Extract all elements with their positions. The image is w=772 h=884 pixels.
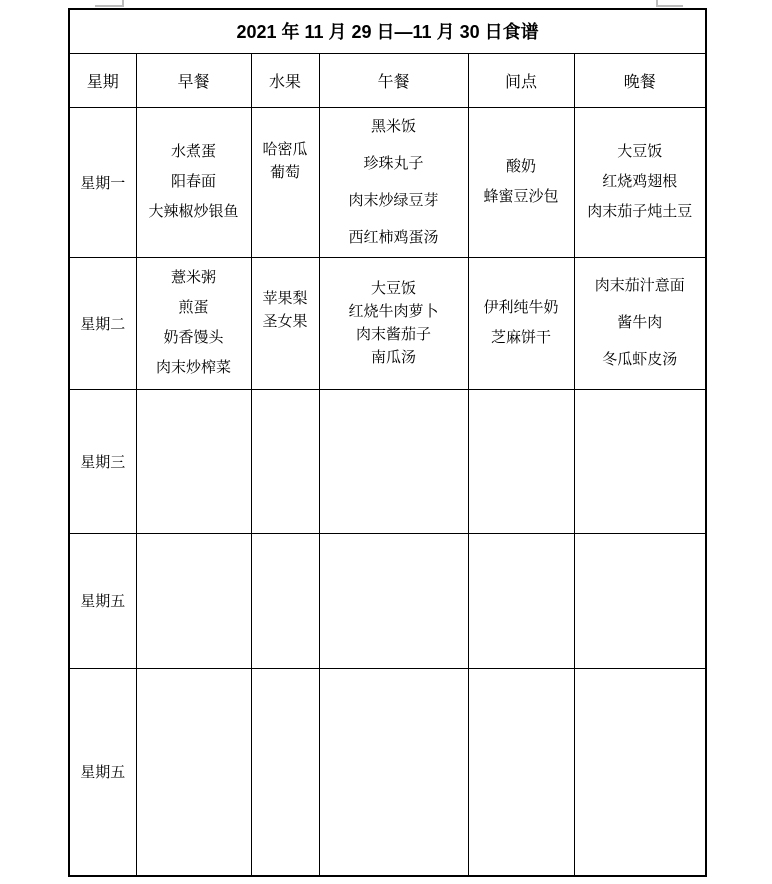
title-row: 2021 年 11 月 29 日—11 月 30 日食谱 xyxy=(69,9,706,53)
dish: 葡萄 xyxy=(270,163,300,183)
dish: 苹果梨 xyxy=(262,289,307,309)
fruit-cell[interactable] xyxy=(251,533,319,668)
dish: 伊利纯牛奶 xyxy=(483,298,558,318)
header-cell-dinner[interactable]: 晚餐 xyxy=(574,53,706,107)
dish: 哈密瓜 xyxy=(262,140,307,160)
dish: 酱牛肉 xyxy=(617,313,662,333)
dish: 肉末茄汁意面 xyxy=(595,276,685,296)
header-cell-snack[interactable]: 间点 xyxy=(468,53,574,107)
dish: 肉末酱茄子 xyxy=(356,325,431,345)
breakfast-cell[interactable] xyxy=(136,389,251,533)
lunch-cell[interactable] xyxy=(319,533,468,668)
fruit-cell[interactable] xyxy=(251,389,319,533)
snack-cell[interactable] xyxy=(468,533,574,668)
dish: 珍珠丸子 xyxy=(363,154,423,174)
fruit-cell[interactable]: 哈密瓜 葡萄 xyxy=(251,107,319,257)
dish: 圣女果 xyxy=(262,312,307,332)
dish: 芝麻饼干 xyxy=(491,328,551,348)
dish: 大豆饭 xyxy=(371,279,416,299)
dish: 肉末茄子炖土豆 xyxy=(587,202,692,222)
dinner-cell[interactable] xyxy=(574,389,706,533)
dish: 煎蛋 xyxy=(178,298,208,318)
breakfast-cell[interactable] xyxy=(136,668,251,876)
breakfast-cell[interactable] xyxy=(136,533,251,668)
day-label[interactable]: 星期二 xyxy=(69,257,136,389)
lunch-cell[interactable]: 大豆饭 红烧牛肉萝卜 肉末酱茄子 南瓜汤 xyxy=(319,257,468,389)
lunch-cell[interactable] xyxy=(319,389,468,533)
dish: 南瓜汤 xyxy=(371,348,416,368)
day-label[interactable]: 星期一 xyxy=(69,107,136,257)
fruit-cell[interactable]: 苹果梨 圣女果 xyxy=(251,257,319,389)
dinner-cell[interactable]: 大豆饭 红烧鸡翅根 肉末茄子炖土豆 xyxy=(574,107,706,257)
dish: 大豆饭 xyxy=(617,142,662,162)
breakfast-cell[interactable]: 水煮蛋 阳春面 大辣椒炒银鱼 xyxy=(136,107,251,257)
table-row-friday-2: 星期五 xyxy=(69,668,706,876)
dish: 蜂蜜豆沙包 xyxy=(483,187,558,207)
dish: 薏米粥 xyxy=(171,268,216,288)
dish: 水煮蛋 xyxy=(171,142,216,162)
dish: 奶香馒头 xyxy=(163,328,223,348)
page-title[interactable]: 2021 年 11 月 29 日—11 月 30 日食谱 xyxy=(69,9,706,53)
header-cell-day[interactable]: 星期 xyxy=(69,53,136,107)
table-row-tuesday: 星期二 薏米粥 煎蛋 奶香馒头 肉末炒榨菜 苹果梨 圣女果 大豆饭 红烧牛肉萝卜… xyxy=(69,257,706,389)
snack-cell[interactable]: 酸奶 蜂蜜豆沙包 xyxy=(468,107,574,257)
table-row-wednesday: 星期三 xyxy=(69,389,706,533)
dinner-cell[interactable]: 肉末茄汁意面 酱牛肉 冬瓜虾皮汤 xyxy=(574,257,706,389)
dish: 红烧牛肉萝卜 xyxy=(348,302,438,322)
dish: 黑米饭 xyxy=(371,117,416,137)
breakfast-cell[interactable]: 薏米粥 煎蛋 奶香馒头 肉末炒榨菜 xyxy=(136,257,251,389)
table-corner-artifact-left xyxy=(95,0,124,7)
dish: 红烧鸡翅根 xyxy=(602,172,677,192)
dish: 阳春面 xyxy=(171,172,216,192)
header-row: 星期 早餐 水果 午餐 间点 晚餐 xyxy=(69,53,706,107)
dish: 酸奶 xyxy=(506,157,536,177)
table-row-monday: 星期一 水煮蛋 阳春面 大辣椒炒银鱼 哈密瓜 葡萄 黑米饭 珍珠丸子 肉末炒绿豆… xyxy=(69,107,706,257)
fruit-cell[interactable] xyxy=(251,668,319,876)
header-cell-breakfast[interactable]: 早餐 xyxy=(136,53,251,107)
lunch-cell[interactable]: 黑米饭 珍珠丸子 肉末炒绿豆芽 西红柿鸡蛋汤 xyxy=(319,107,468,257)
snack-cell[interactable] xyxy=(468,668,574,876)
snack-cell[interactable] xyxy=(468,389,574,533)
dish: 肉末炒绿豆芽 xyxy=(348,191,438,211)
table-row-friday-1: 星期五 xyxy=(69,533,706,668)
header-cell-lunch[interactable]: 午餐 xyxy=(319,53,468,107)
dinner-cell[interactable] xyxy=(574,533,706,668)
table-corner-artifact-right xyxy=(656,0,683,7)
day-label[interactable]: 星期三 xyxy=(69,389,136,533)
snack-cell[interactable]: 伊利纯牛奶 芝麻饼干 xyxy=(468,257,574,389)
dish: 西红柿鸡蛋汤 xyxy=(348,228,438,248)
menu-table: 2021 年 11 月 29 日—11 月 30 日食谱 星期 早餐 水果 午餐… xyxy=(68,8,707,877)
day-label[interactable]: 星期五 xyxy=(69,668,136,876)
dish: 大辣椒炒银鱼 xyxy=(148,202,238,222)
day-label[interactable]: 星期五 xyxy=(69,533,136,668)
lunch-cell[interactable] xyxy=(319,668,468,876)
dish: 冬瓜虾皮汤 xyxy=(602,350,677,370)
header-cell-fruit[interactable]: 水果 xyxy=(251,53,319,107)
dinner-cell[interactable] xyxy=(574,668,706,876)
dish: 肉末炒榨菜 xyxy=(156,358,231,378)
